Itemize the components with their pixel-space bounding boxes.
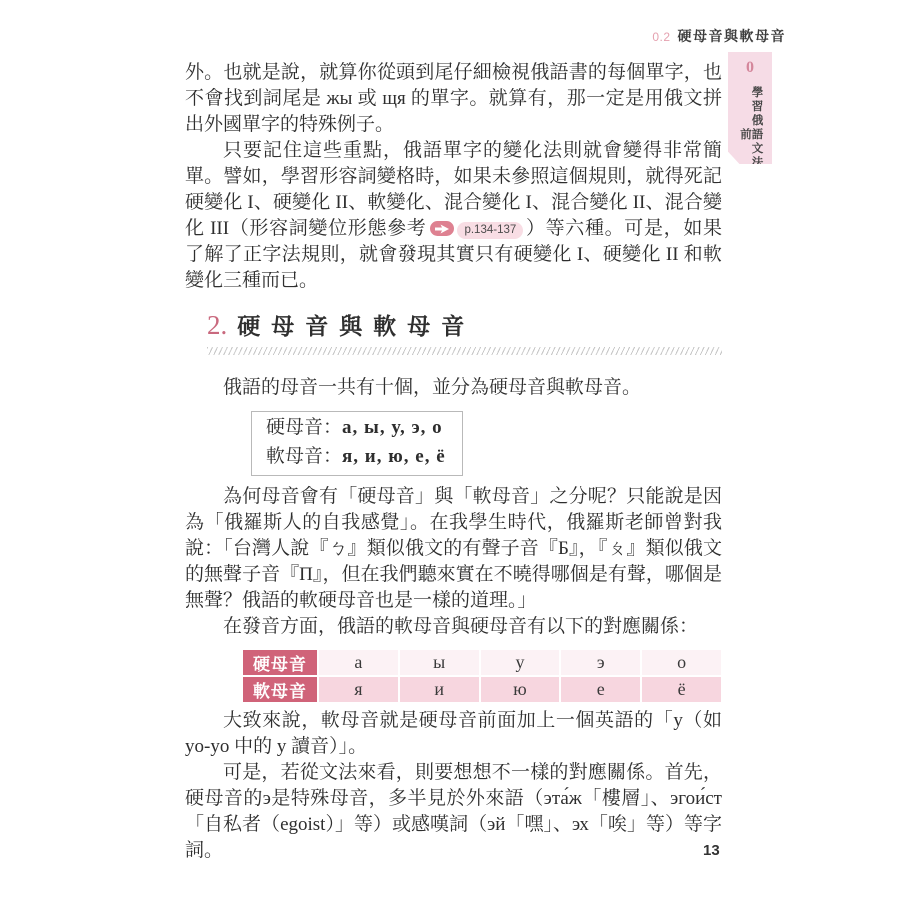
paragraph-why-hard-soft: 為何母音會有「硬母音」與「軟母音」之分呢？只能說是因為「俄羅斯人的自我感覺」。在… — [185, 484, 722, 614]
table-row-soft-vowels: 軟母音 я и ю е ё — [243, 677, 721, 702]
chapter-tab-label: 學習俄語文法之前 — [739, 80, 762, 189]
paragraph-pronunciation-intro: 在發音方面，俄語的軟母音與硬母音有以下的對應關係： — [185, 614, 722, 640]
paragraph-intro: 外。也就是說，就算你從頭到尾仔細檢視俄語書的每個單字，也不會找到詞尾是 жы 或… — [185, 60, 722, 138]
soft-vowel-line: 軟母音：я, и, ю, е, ё — [266, 442, 446, 471]
table-cell: ё — [642, 677, 721, 702]
chapter-tab-number: 0 — [728, 59, 772, 77]
table-cell: э — [561, 650, 640, 675]
vowel-correspondence-table: 硬母音 а ы у э о 軟母音 я и ю е ё — [241, 648, 723, 704]
hard-vowel-line: 硬母音：а, ы, у, э, о — [266, 413, 446, 442]
hatched-underline — [207, 347, 722, 355]
header-section-number: 0.2 — [652, 30, 670, 44]
page-reference-badge: p.134-137 — [457, 222, 523, 239]
header-section-title: 硬母音與軟母音 — [678, 30, 787, 45]
chapter-side-tab: 0 學習俄語文法之前 — [728, 52, 772, 164]
table-cell: я — [319, 677, 398, 702]
section-heading: 2. 硬母音與軟母音 — [207, 308, 722, 355]
paragraph-declension-rules: 只要記住這些重點，俄語單字的變化法則就會變得非常簡單。譬如，學習形容詞變格時，如… — [185, 138, 722, 294]
table-cell: у — [481, 650, 560, 675]
paragraph-vowel-count: 俄語的母音一共有十個，並分為硬母音與軟母音。 — [185, 375, 722, 401]
text-column: 外。也就是說，就算你從頭到尾仔細檢視俄語書的每個單字，也不會找到詞尾是 жы 或… — [185, 60, 722, 864]
running-header: 0.2硬母音與軟母音 — [0, 26, 786, 46]
row-label-soft: 軟母音 — [243, 677, 317, 702]
paragraph-grammar-view: 可是，若從文法來看，則要想想不一樣的對應關係。首先，硬母音的э是特殊母音，多半見… — [185, 760, 722, 864]
table-cell: и — [400, 677, 479, 702]
table-cell: о — [642, 650, 721, 675]
table-row-hard-vowels: 硬母音 а ы у э о — [243, 650, 721, 675]
table-cell: ы — [400, 650, 479, 675]
arrow-right-icon — [430, 221, 454, 236]
table-cell: ю — [481, 677, 560, 702]
table-cell: е — [561, 677, 640, 702]
section-number: 2. — [207, 310, 227, 341]
table-cell: а — [319, 650, 398, 675]
paragraph-y-sound: 大致來說，軟母音就是硬母音前面加上一個英語的「y（如 yo-yo 中的 y 讀音… — [185, 708, 722, 760]
section-title: 硬母音與軟母音 — [237, 308, 475, 341]
row-label-hard: 硬母音 — [243, 650, 317, 675]
vowel-list-box: 硬母音：а, ы, у, э, о 軟母音：я, и, ю, е, ё — [251, 411, 463, 476]
page-number: 13 — [703, 842, 720, 859]
